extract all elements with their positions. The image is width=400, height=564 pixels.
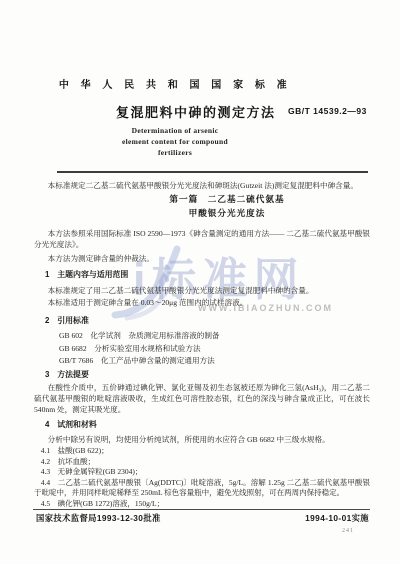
implementation-date: 1994-10-01实施 bbox=[305, 512, 369, 524]
scope-note: 本标准规定二乙基二硫代氨基甲酸银分光光度法和砷斑法(Gutzeit 法)测定复混… bbox=[34, 180, 370, 191]
section-1-heading: 1 主题内容与适用范围 bbox=[45, 269, 128, 280]
section-1-paragraph-2: 本标准适用于测定砷含量在 0.03～20μg 范围内的试样溶液。 bbox=[34, 297, 370, 308]
part-title-line1: 第一篇 二乙基二硫代氨基 bbox=[54, 193, 400, 205]
reagent-item-4-3: 4.3 无砷金属锌粒(GB 2304)； bbox=[34, 467, 370, 478]
document-title-en-line3: fertilizers bbox=[0, 148, 350, 157]
standard-number: GB/T 14539.2—93 bbox=[288, 106, 367, 116]
reference-item: GB/T 7686 化工产品中砷含量的测定通用方法 bbox=[59, 355, 359, 368]
reagent-item-4-1: 4.1 盐酸(GB 622)； bbox=[34, 446, 370, 457]
document-title-en-line1: Determination of arsenic bbox=[0, 126, 350, 135]
reference-item: GB 6682 分析实验室用水规格和试验方法 bbox=[59, 343, 359, 356]
reagent-item-4-5: 4.5 碘化钾(GB 1272)溶液，150g/L； bbox=[34, 499, 370, 510]
section-3-paragraph: 在酸性介质中，五价砷通过碘化钾、氯化亚锡及初生态氢被还原为砷化三氢(AsH₃)，… bbox=[34, 382, 370, 415]
section-1-paragraph-1: 本标准规定了用二乙基二硫代氨基甲酸银分光光度法测定复混肥料中砷的含量。 bbox=[34, 285, 370, 296]
reagent-item-4-4: 4.4 二乙基二硫代氨基甲酸银〔Ag(DDTC)〕吡啶溶液，5g/L。溶解 1.… bbox=[34, 478, 370, 499]
section-3-heading: 3 方法提要 bbox=[45, 369, 89, 380]
page-number: 241 bbox=[342, 528, 354, 534]
section-4-heading: 4 试剂和材料 bbox=[45, 419, 97, 430]
standard-org-title: 中 华 人 民 共 和 国 国 家 标 准 bbox=[0, 76, 350, 91]
intro-paragraph-2: 本方法为测定砷含量的仲裁法。 bbox=[34, 253, 370, 264]
intro-paragraph-1: 本方法参照采用国际标准 ISO 2590—1973《砷含量测定的通用方法—— 二… bbox=[34, 228, 370, 250]
section-2-heading: 2 引用标准 bbox=[45, 315, 89, 326]
header-divider bbox=[57, 171, 368, 173]
reagent-list: 4.1 盐酸(GB 622)； 4.2 抗坏血酸； 4.3 无砷金属锌粒(GB … bbox=[34, 446, 370, 510]
document-title-en-line2: element content for compound bbox=[0, 137, 350, 146]
footer-divider bbox=[33, 509, 370, 510]
approval-note: 国家技术监督局1993-12-30批准 bbox=[36, 512, 161, 524]
standard-document-page: i标准网 WWW.IBIAOZHUN.COM 中 华 人 民 共 和 国 国 家… bbox=[0, 0, 400, 564]
part-title-line2: 甲酸银分光光度法 bbox=[54, 207, 400, 219]
reference-item: GB 602 化学试剂 杂质测定用标准溶液的制备 bbox=[59, 330, 359, 343]
document-title-cn: 复混肥料中砷的测定方法 bbox=[116, 102, 276, 121]
reference-list: GB 602 化学试剂 杂质测定用标准溶液的制备 GB 6682 分析实验室用水… bbox=[59, 330, 359, 368]
section-4-intro: 分析中除另有说明，均使用分析纯试剂，所使用的水应符合 GB 6682 中三级水规… bbox=[34, 434, 370, 445]
reagent-item-4-2: 4.2 抗坏血酸； bbox=[34, 457, 370, 468]
